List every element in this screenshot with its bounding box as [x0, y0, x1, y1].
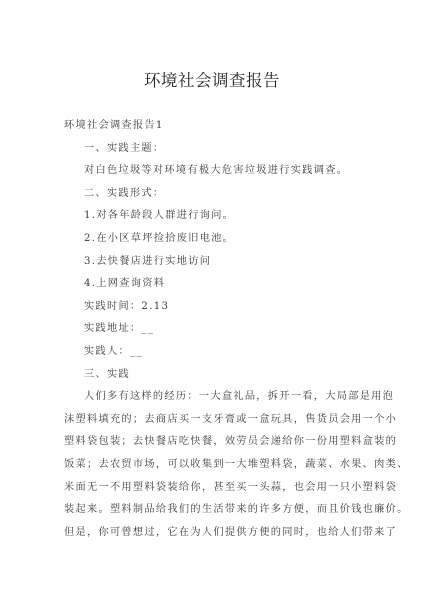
section2-item: 1.对各年龄段人群进行询问。 — [64, 205, 364, 228]
paragraph-line: 塑料袋包装；去快餐店吃快餐，效劳员会递给你一份用塑料盒装的 — [64, 431, 364, 454]
report-subtitle: 环境社会调查报告1 — [64, 115, 364, 138]
section2-item: 4.上网查询资料 — [64, 273, 364, 296]
document-body: 环境社会调查报告1 一、实践主题： 对白色垃圾等对环境有极大危害垃圾进行实践调查… — [64, 115, 364, 544]
section2-item: 3.去快餐店进行实地访问 — [64, 251, 364, 274]
paragraph-line: 米面无一不用塑料袋装给你，甚至买一头蒜，也会用一只小塑料袋 — [64, 477, 364, 500]
section2-heading: 二、实践形式： — [64, 183, 364, 206]
practice-person: 实践人：__ — [64, 341, 364, 364]
practice-time: 实践时间：2.13 — [64, 296, 364, 319]
paragraph-line: 沫塑料填充的；去商店买一支牙膏或一盒玩具，售货员会用一个小 — [64, 409, 364, 432]
practice-place: 实践地址：__ — [64, 318, 364, 341]
section3-heading: 三、实践 — [64, 364, 364, 387]
section1-heading: 一、实践主题： — [64, 138, 364, 161]
paragraph-line: 但是，你可曾想过，它在为人们提供方便的同时，也给人们带来了 — [64, 522, 364, 545]
paragraph-line: 饭菜；去农贸市场，可以收集到一大堆塑料袋，蔬菜、水果、肉类、 — [64, 454, 364, 477]
document-title: 环境社会调查报告 — [0, 67, 424, 91]
paragraph-line: 人们多有这样的经历：一大盒礼品，拆开一看，大局部是用泡 — [64, 386, 364, 409]
section1-text: 对白色垃圾等对环境有极大危害垃圾进行实践调查。 — [64, 160, 364, 183]
section2-item: 2.在小区草坪捡拾废旧电池。 — [64, 228, 364, 251]
paragraph-line: 装起来。塑料制品给我们的生活带来的许多方便，而且价钱也廉价。 — [64, 499, 364, 522]
